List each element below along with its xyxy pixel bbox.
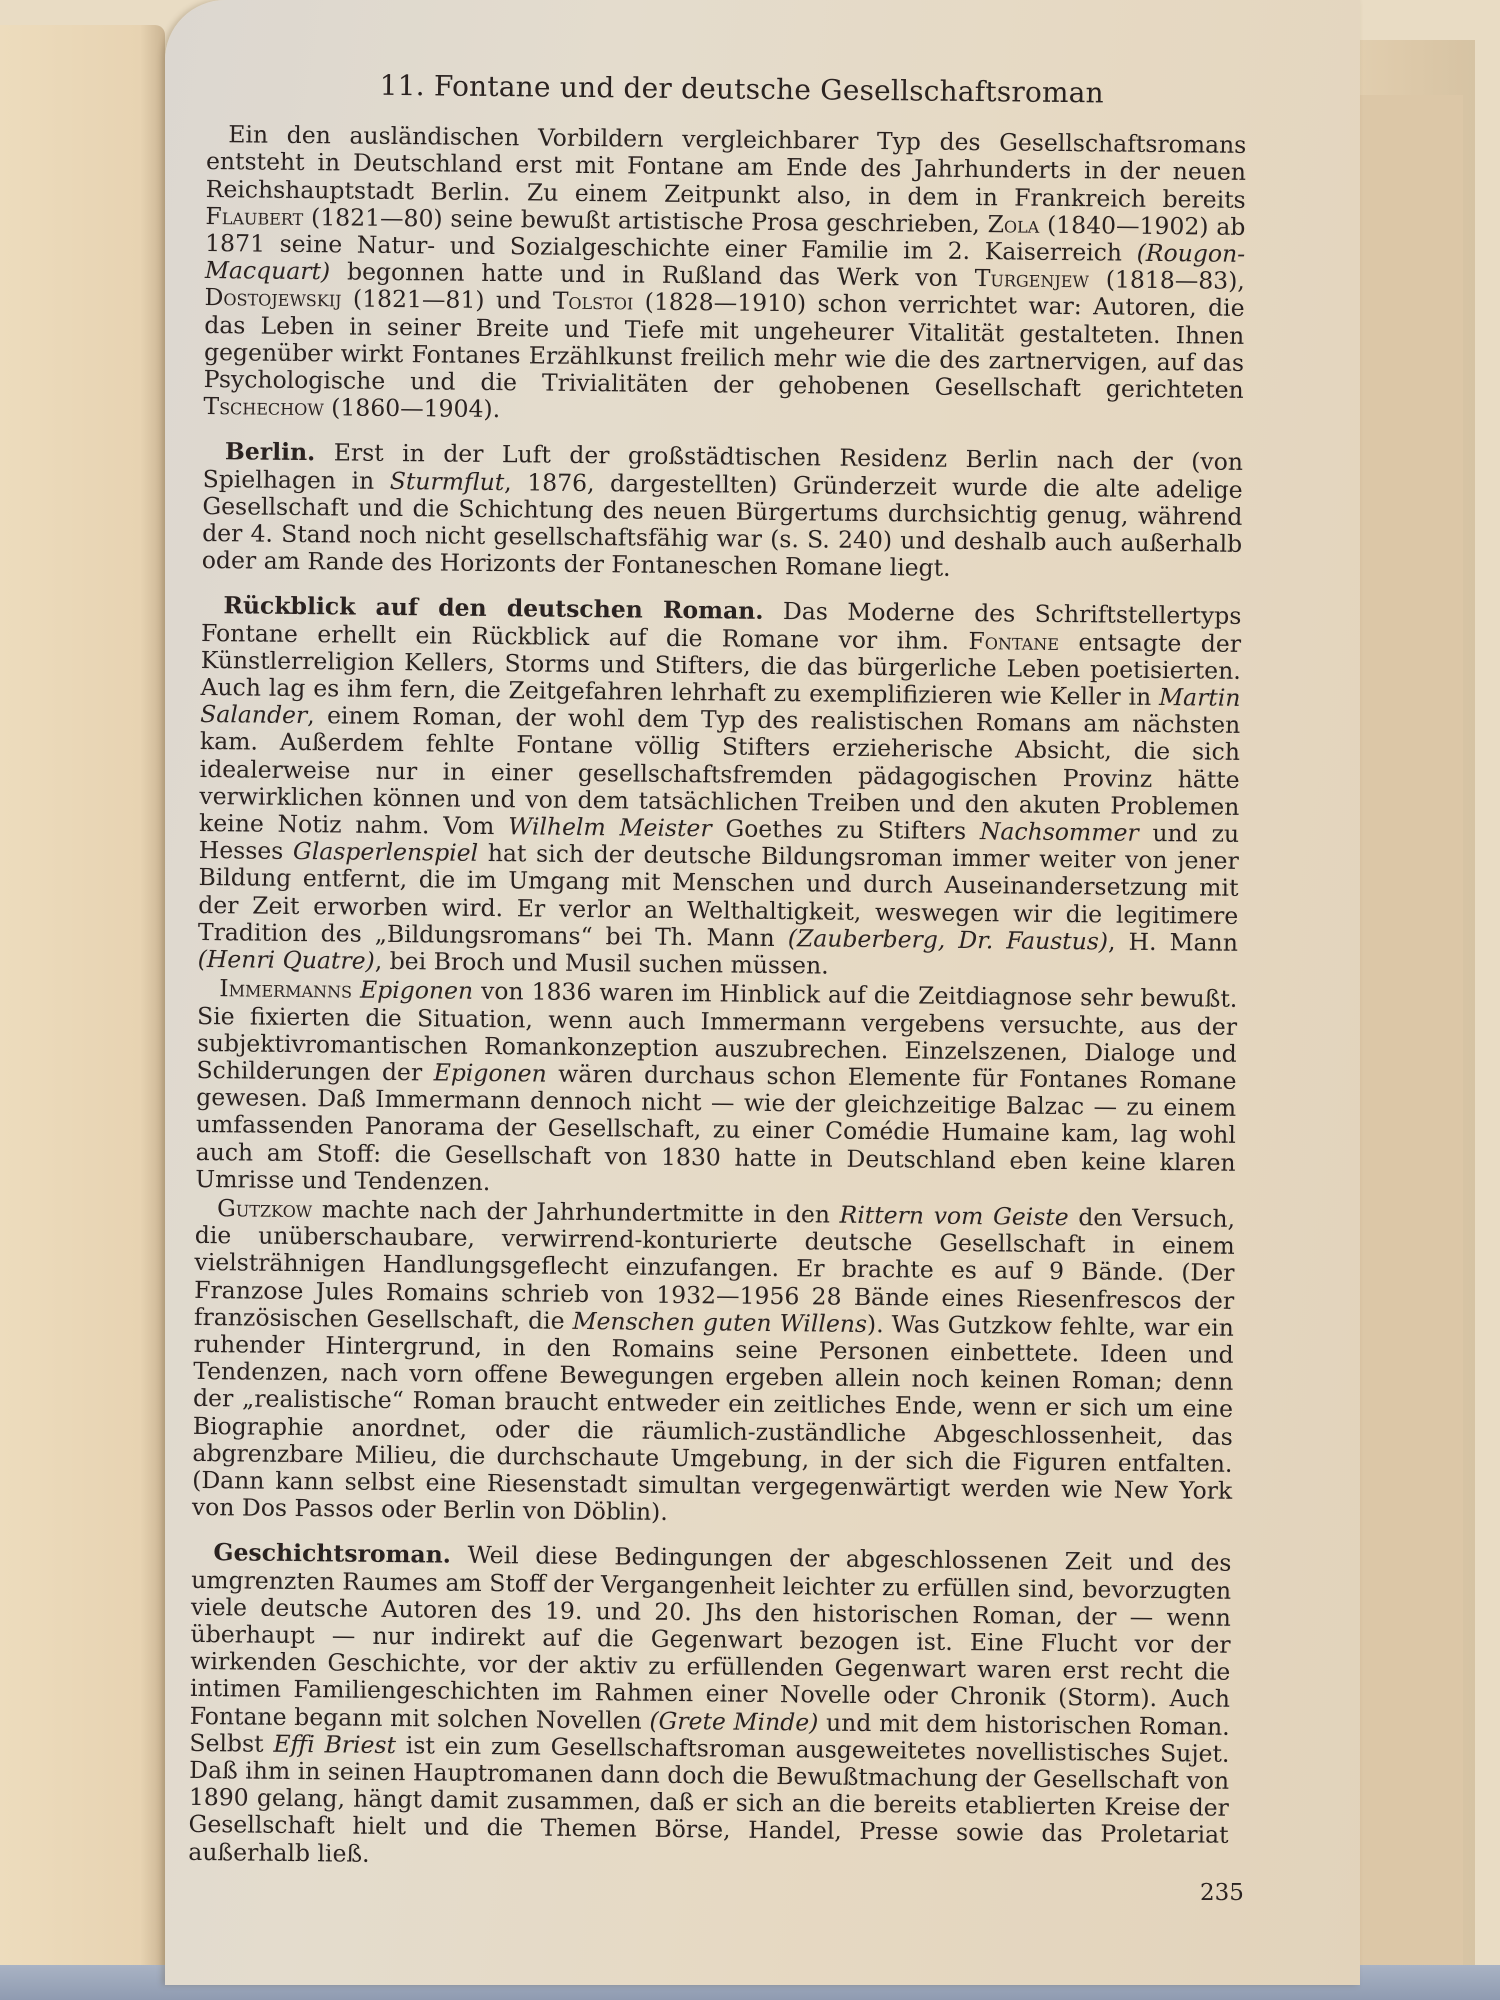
paragraph-intro: Ein den ausländischen Vorbildern verglei…: [203, 121, 1246, 431]
work-title: Glasperlenspiel: [293, 837, 478, 867]
work-title: (Henri Quatre): [198, 945, 375, 975]
paragraph-gutzkow: Gutzkow machte nach der Jahrhundertmitte…: [192, 1195, 1235, 1532]
page-text: 11. Fontane und der deutsche Gesellschaf…: [188, 70, 1247, 1877]
author-name: Fontane: [968, 627, 1059, 656]
author-name: Gutzkow: [217, 1194, 312, 1223]
work-title: (Zauberberg, Dr. Faustus): [788, 924, 1109, 955]
section-heading: Berlin.: [225, 438, 316, 467]
work-title: Effi Briest: [273, 1730, 396, 1759]
author-name: Tschechow: [203, 392, 324, 421]
facing-page-left: [0, 25, 165, 2000]
work-title: Menschen guten Willens: [572, 1307, 867, 1338]
book-page: 11. Fontane und der deutsche Gesellschaf…: [165, 0, 1360, 1985]
author-name: Dostojewskij: [204, 283, 341, 312]
paragraph-geschichtsroman: Geschichtsroman. Weil diese Bedingungen …: [188, 1539, 1231, 1876]
work-title: Rittern vom Geiste: [839, 1201, 1068, 1231]
work-title: Epigonen: [360, 976, 473, 1005]
section-heading: Geschichtsroman.: [213, 1539, 451, 1569]
work-title: Nachsommer: [980, 817, 1139, 847]
page-number: 235: [1200, 1880, 1244, 1906]
page-stack-edge: [1350, 95, 1463, 2000]
author-name: Turgenjew: [975, 264, 1090, 293]
author-name: Zola: [988, 210, 1040, 239]
author-name: Tolstoi: [553, 287, 634, 316]
chapter-title-text: Fontane und der deutsche Gesellschaftsro…: [434, 69, 1104, 109]
paragraph-immermann: Immermanns Epigonen von 1836 waren im Hi…: [195, 975, 1237, 1204]
work-title: Epigonen: [434, 1058, 547, 1087]
author-name: Immermanns: [219, 974, 352, 1003]
work-title: Sturmflut: [390, 467, 505, 496]
paragraph-berlin: Berlin. Erst in der Luft der großstädtis…: [202, 438, 1243, 585]
chapter-number: 11.: [380, 69, 425, 102]
paragraph-rueckblick: Rückblick auf den deutschen Roman. Das M…: [198, 592, 1242, 984]
chapter-title: 11. Fontane und der deutsche Gesellschaf…: [207, 70, 1247, 108]
work-title: Wilhelm Meister: [508, 812, 712, 842]
work-title: (Grete Minde): [649, 1706, 818, 1736]
author-name: Flaubert: [205, 202, 303, 231]
